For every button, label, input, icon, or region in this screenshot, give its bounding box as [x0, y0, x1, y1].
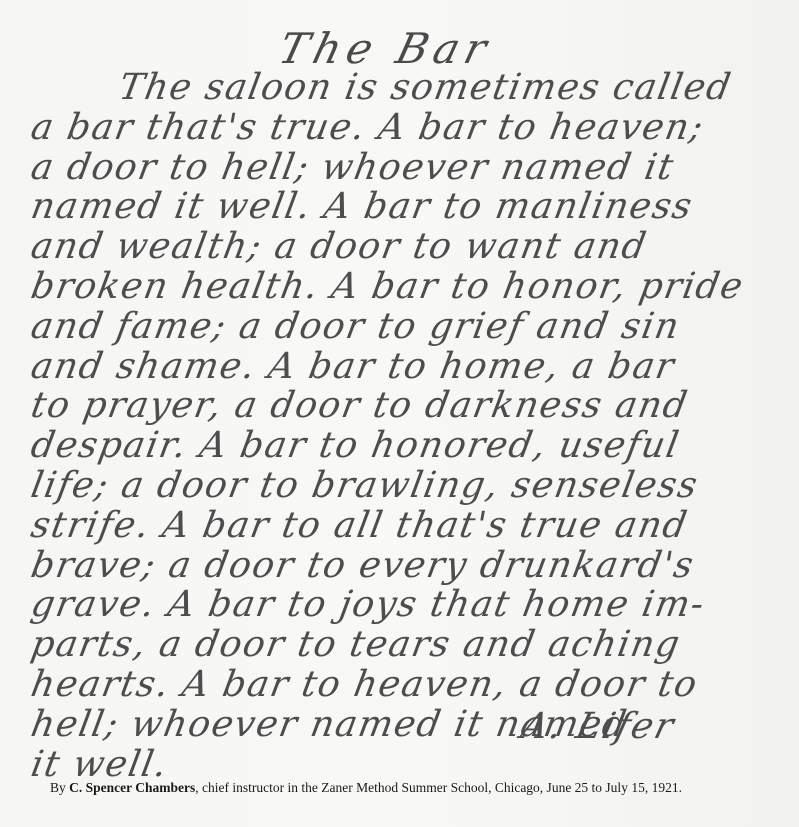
caption-author: C. Spencer Chambers — [69, 780, 195, 795]
script-line: and shame. A bar to home, a bar — [28, 347, 795, 387]
script-line: The saloon is sometimes called — [28, 68, 795, 108]
script-line: a door to hell; whoever named it — [28, 148, 795, 188]
script-line: it well. — [28, 745, 795, 785]
script-line: life; a door to brawling, senseless — [28, 466, 795, 506]
script-line: parts, a door to tears and aching — [28, 625, 795, 665]
script-line: named it well. A bar to manliness — [28, 187, 795, 227]
signature: A. Lifer — [517, 705, 680, 749]
handwritten-poem: The saloon is sometimes called a bar tha… — [28, 68, 788, 784]
caption-text: , chief instructor in the Zaner Method S… — [195, 780, 682, 795]
script-line: despair. A bar to honored, useful — [28, 426, 795, 466]
handwriting-specimen-page: The Bar The saloon is sometimes called a… — [0, 0, 799, 827]
caption-prefix: By — [50, 780, 69, 795]
script-line: hell; whoever named it named — [28, 705, 795, 745]
script-line: and wealth; a door to want and — [28, 227, 795, 267]
script-line: to prayer, a door to darkness and — [28, 386, 795, 426]
script-line: broken health. A bar to honor, pride — [28, 267, 795, 307]
script-line: and fame; a door to grief and sin — [28, 307, 795, 347]
caption: By C. Spencer Chambers, chief instructor… — [13, 781, 773, 795]
script-line: a bar that's true. A bar to heaven; — [28, 108, 795, 148]
script-line: hearts. A bar to heaven, a door to — [28, 665, 795, 705]
script-line: grave. A bar to joys that home im- — [28, 585, 795, 625]
script-line: brave; a door to every drunkard's — [28, 546, 795, 586]
script-line: strife. A bar to all that's true and — [28, 506, 795, 546]
